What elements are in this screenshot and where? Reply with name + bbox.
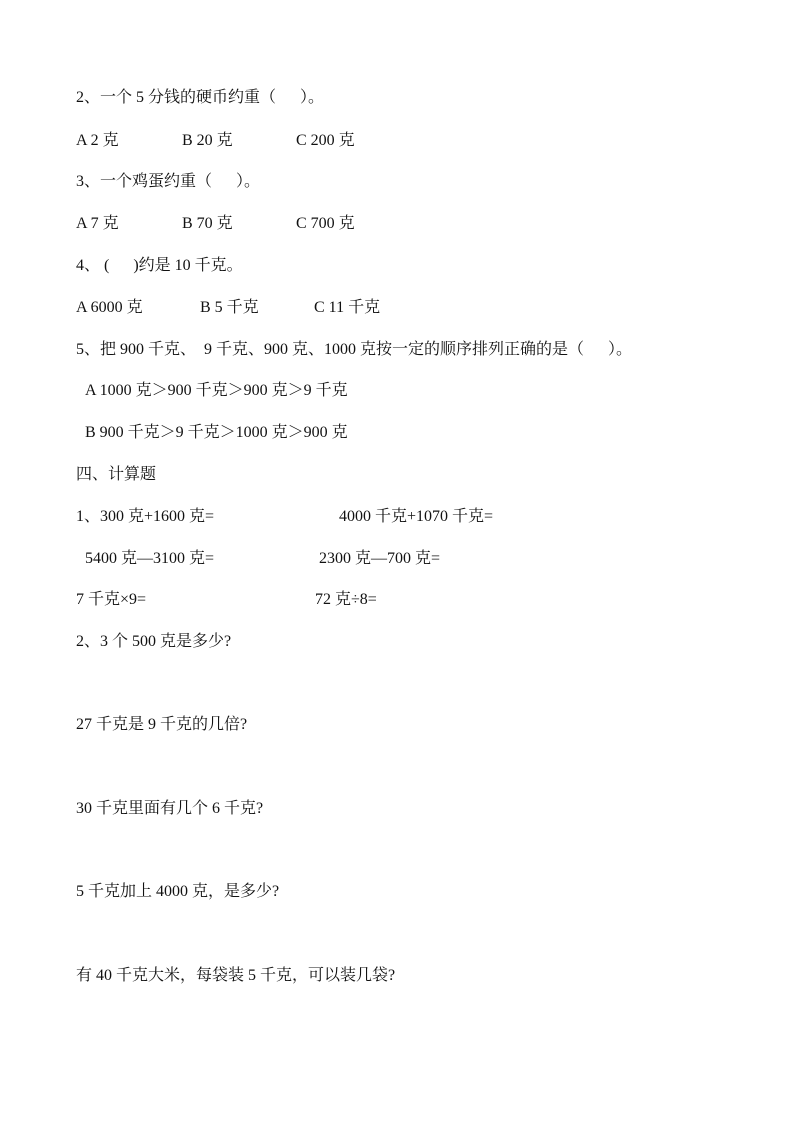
question-4: 4、 ( )约是 10 千克。: [76, 256, 243, 276]
q2-option-c: C 200 克: [296, 131, 355, 151]
calc-1-left: 1、300 克+1600 克=: [76, 507, 214, 527]
word-problem-5: 有 40 千克大米，每袋装 5 千克，可以装几袋?: [76, 966, 395, 986]
q3-option-b: B 70 克: [182, 214, 233, 234]
q5-option-b: B 900 千克＞9 千克＞1000 克＞900 克: [85, 423, 348, 443]
word-problem-4: 5 千克加上 4000 克，是多少?: [76, 882, 279, 902]
calc-2-right: 2300 克—700 克=: [319, 549, 440, 569]
q4-option-a: A 6000 克: [76, 298, 143, 318]
q2-option-b: B 20 克: [182, 131, 233, 151]
q2-option-a: A 2 克: [76, 131, 119, 151]
q3-option-a: A 7 克: [76, 214, 119, 234]
q3-option-c: C 700 克: [296, 214, 355, 234]
q4-option-c: C 11 千克: [314, 298, 380, 318]
calc-1-right: 4000 千克+1070 千克=: [339, 507, 493, 527]
section-title: 四、计算题: [76, 465, 156, 485]
q5-option-a: A 1000 克＞900 千克＞900 克＞9 千克: [85, 381, 348, 401]
calc-3-right: 72 克÷8=: [315, 590, 377, 610]
question-3: 3、一个鸡蛋约重（ ）。: [76, 172, 260, 192]
word-problem-3: 30 千克里面有几个 6 千克?: [76, 799, 263, 819]
q4-option-b: B 5 千克: [200, 298, 259, 318]
calc-2-left: 5400 克—3100 克=: [85, 549, 214, 569]
calc-3-left: 7 千克×9=: [76, 590, 146, 610]
word-problem-2: 27 千克是 9 千克的几倍?: [76, 715, 247, 735]
word-problem-1: 2、3 个 500 克是多少?: [76, 632, 231, 652]
question-5: 5、把 900 千克、 9 千克、900 克、1000 克按一定的顺序排列正确的…: [76, 340, 632, 360]
question-2: 2、一个 5 分钱的硬币约重（ ）。: [76, 88, 324, 108]
